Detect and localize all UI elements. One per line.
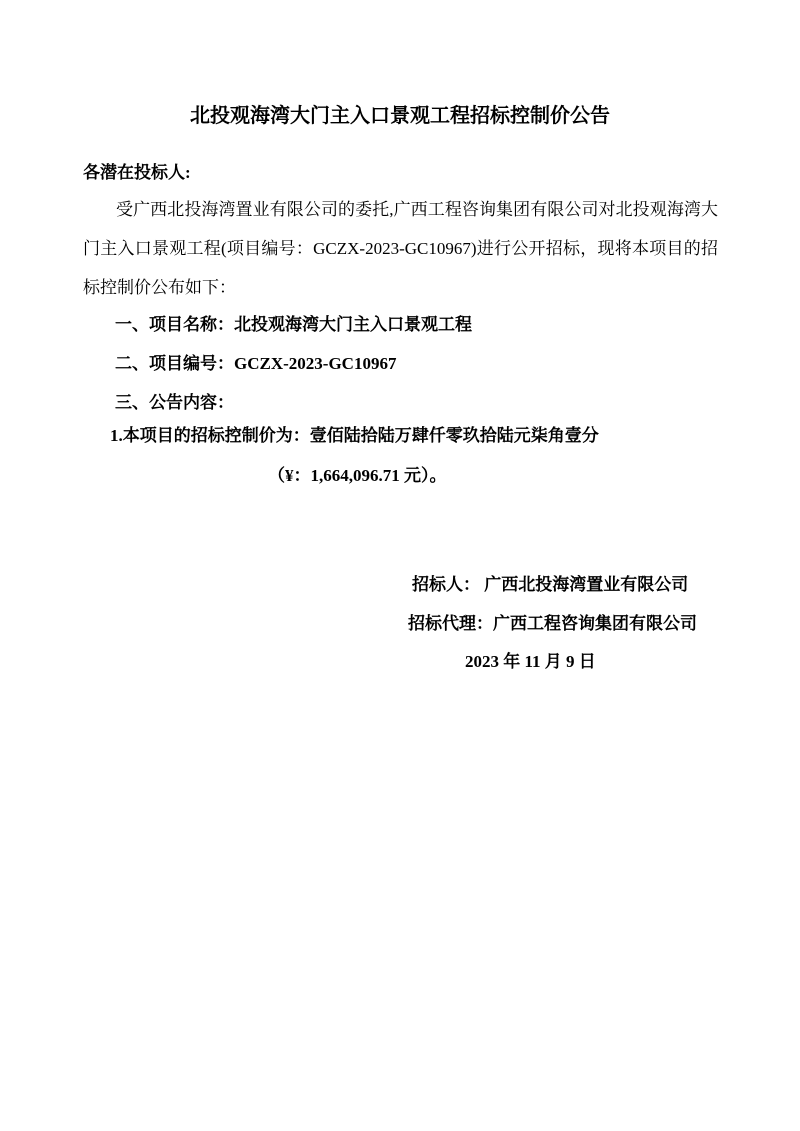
item-project-name: 一、项目名称：北投观海湾大门主入口景观工程	[115, 306, 472, 345]
signature-agent: 招标代理：广西工程咨询集团有限公司	[408, 605, 697, 644]
numbered-items: 一、项目名称：北投观海湾大门主入口景观工程 二、项目编号：GCZX-2023-G…	[115, 306, 472, 422]
signature-bidder: 招标人： 广西北投海湾置业有限公司	[412, 566, 688, 605]
document-page: 北投观海湾大门主入口景观工程招标控制价公告 各潜在投标人: 受广西北投海湾置业有…	[0, 0, 800, 1131]
signature-date: 2023 年 11 月 9 日	[465, 643, 596, 682]
intro-paragraph: 受广西北投海湾置业有限公司的委托,广西工程咨询集团有限公司对北投观海湾大门主入口…	[83, 191, 718, 307]
document-title: 北投观海湾大门主入口景观工程招标控制价公告	[0, 101, 800, 131]
item-project-number: 二、项目编号：GCZX-2023-GC10967	[115, 345, 472, 384]
salutation: 各潜在投标人:	[83, 154, 191, 193]
control-price-in-words: 1.本项目的招标控制价为：壹佰陆拾陆万肆仟零玖拾陆元柒角壹分	[110, 417, 599, 456]
control-price-numeric: （¥：1,664,096.71 元）。	[268, 457, 447, 496]
